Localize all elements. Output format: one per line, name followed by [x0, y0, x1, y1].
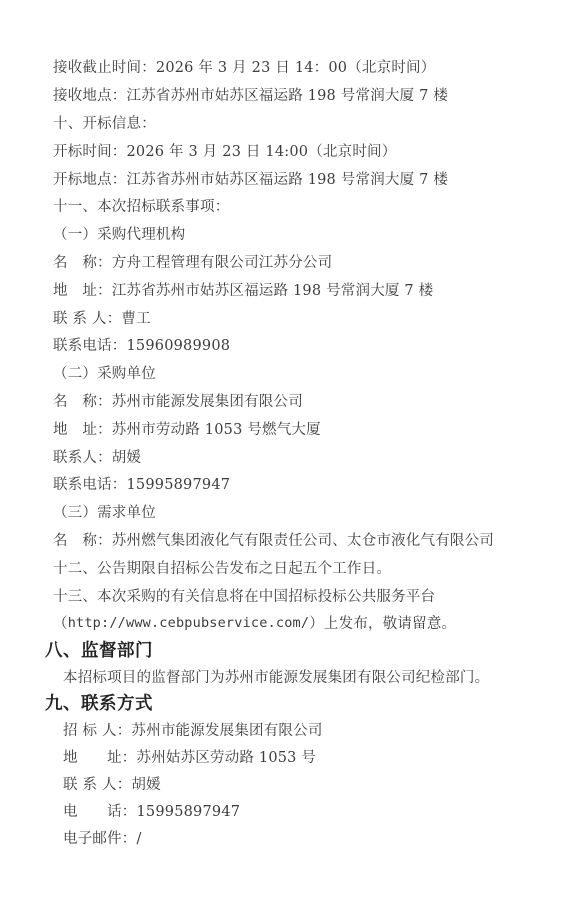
- agency-address-line: 地 址：江苏省苏州市姑苏区福运路 198 号常润大厦 7 楼: [0, 275, 579, 303]
- document-body: 接收截止时间：2026 年 3 月 23 日 14：00（北京时间）接收地点：江…: [0, 0, 579, 851]
- platform-url-line: （http://www.cebpubservice.com/）上发布，敬请留意。: [0, 609, 579, 637]
- line-text: ）上发布，敬请留意。: [309, 612, 456, 633]
- purchaser-name-line: 名 称：苏州市能源发展集团有限公司: [0, 387, 579, 415]
- bid-opening-address-line: 开标地点：江苏省苏州市姑苏区福运路 198 号常润大厦 7 楼: [0, 164, 579, 192]
- purchaser-contact-line: 联系人：胡媛: [0, 442, 579, 470]
- section-11-title: 十一、本次招标联系事项：: [0, 192, 579, 220]
- section-9-heading: 九、联系方式: [0, 690, 579, 716]
- agency-phone-line: 联系电话：15960989908: [0, 331, 579, 359]
- tenderer-phone-line: 电 话：15995897947: [0, 797, 579, 824]
- platform-url-text: http://www.cebpubservice.com/: [68, 615, 310, 631]
- tenderer-name-line: 招 标 人：苏州市能源发展集团有限公司: [0, 716, 579, 743]
- purchaser-address-line: 地 址：苏州市劳动路 1053 号燃气大厦: [0, 414, 579, 442]
- tenderer-contact-line: 联 系 人：胡媛: [0, 770, 579, 797]
- agency-name-line: 名 称：方舟工程管理有限公司江苏分公司: [0, 248, 579, 276]
- bid-opening-time-line: 开标时间：2026 年 3 月 23 日 14:00（北京时间）: [0, 136, 579, 164]
- section-13-platform-line: 十三、本次采购的有关信息将在中国招标投标公共服务平台: [0, 581, 579, 609]
- section-8-heading: 八、监督部门: [0, 637, 579, 663]
- line-text: （: [53, 612, 68, 633]
- section-10-title: 十、开标信息：: [0, 109, 579, 137]
- document-page: 接收截止时间：2026 年 3 月 23 日 14：00（北京时间）接收地点：江…: [0, 0, 579, 915]
- receive-deadline-line: 接收截止时间：2026 年 3 月 23 日 14：00（北京时间）: [0, 53, 579, 81]
- tenderer-email-line: 电子邮件：/: [0, 824, 579, 851]
- section-12-notice-period-line: 十二、公告期限自招标公告发布之日起五个工作日。: [0, 553, 579, 581]
- subsection-2-title: （二）采购单位: [0, 359, 579, 387]
- tenderer-address-line: 地 址：苏州姑苏区劳动路 1053 号: [0, 743, 579, 770]
- purchaser-phone-line: 联系电话：15995897947: [0, 470, 579, 498]
- subsection-1-title: （一）采购代理机构: [0, 220, 579, 248]
- receive-address-line: 接收地点：江苏省苏州市姑苏区福运路 198 号常润大厦 7 楼: [0, 81, 579, 109]
- supervision-body-line: 本招标项目的监督部门为苏州市能源发展集团有限公司纪检部门。: [0, 663, 579, 690]
- subsection-3-title: （三）需求单位: [0, 498, 579, 526]
- agency-contact-line: 联 系 人：曹工: [0, 303, 579, 331]
- demand-unit-name-line: 名 称：苏州燃气集团液化气有限责任公司、太仓市液化气有限公司: [0, 526, 579, 554]
